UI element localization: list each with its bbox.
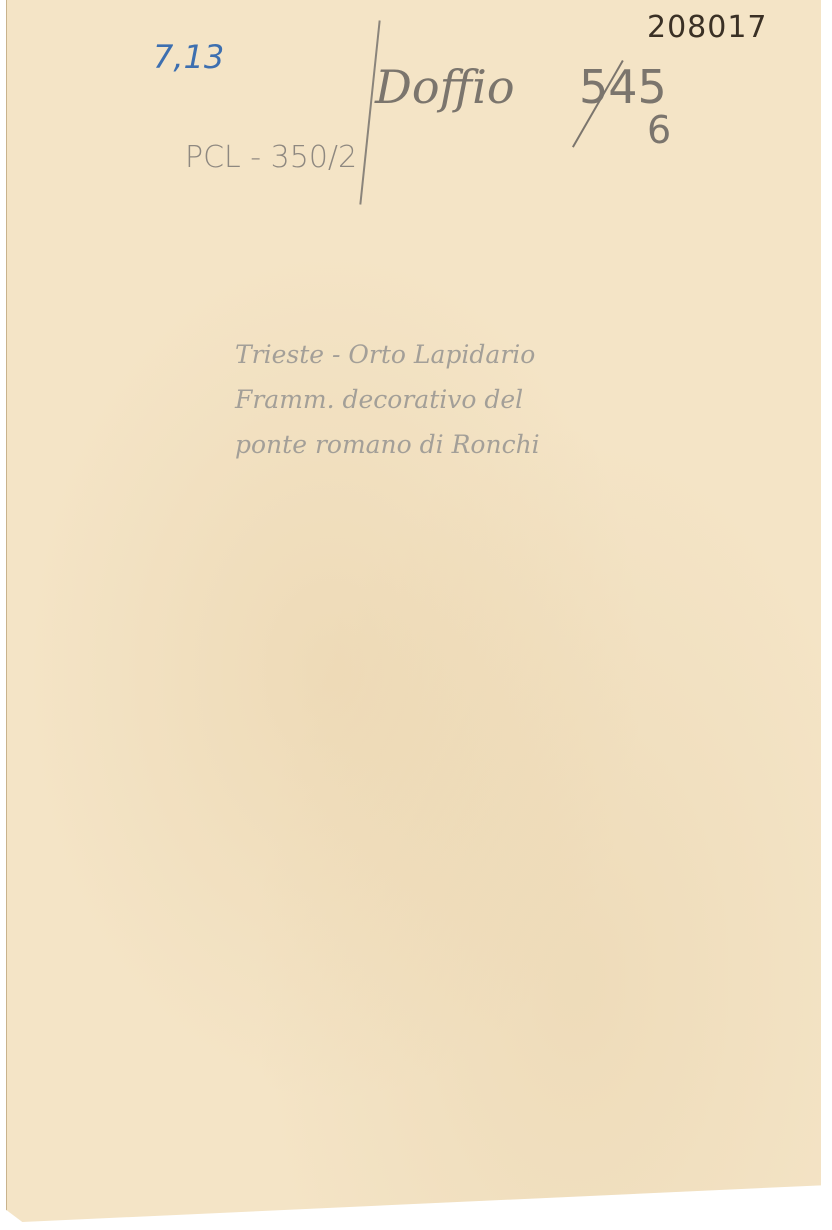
description-block: Trieste - Orto Lapidario Framm. decorati…	[235, 332, 540, 467]
description-line: Framm. decorativo del	[235, 377, 540, 422]
reference-code: PCL - 350/2	[185, 140, 357, 175]
description-line: ponte romano di Ronchi	[235, 422, 540, 467]
blue-pencil-mark: 7,13	[153, 38, 224, 76]
fondo-label: Doffio	[375, 60, 515, 114]
photo-card-back: 208017 7,13 Doffio 545 6 PCL - 350/2 Tri…	[6, 0, 821, 1222]
fondo-number: 545	[579, 60, 667, 114]
description-line: Trieste - Orto Lapidario	[235, 332, 540, 377]
catalog-number: 208017	[647, 10, 768, 45]
fondo-subnumber: 6	[647, 108, 671, 152]
